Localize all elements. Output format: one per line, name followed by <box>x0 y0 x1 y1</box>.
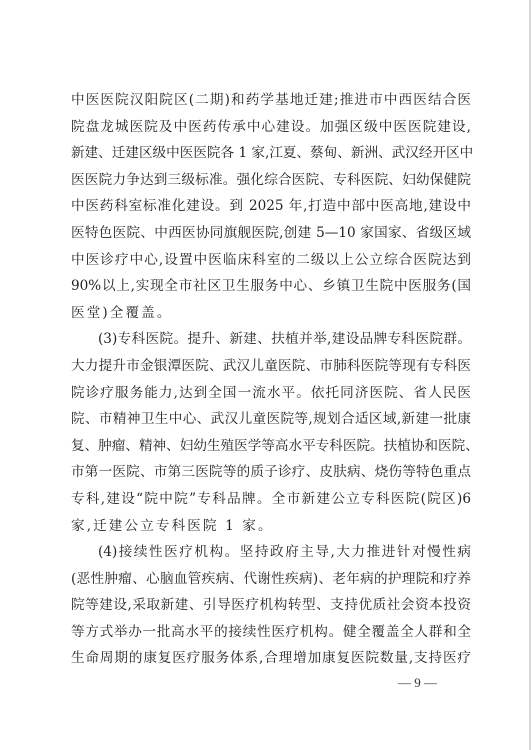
paragraph-specialty-hospitals: (3)专科医院。提升、新建、扶植并举,建设品牌专科医院群。 大力提升市金银潭医院… <box>71 326 471 539</box>
text-line: 生命周期的康复医疗服务体系,合理增加康复医院数量,支持医疗 <box>71 645 471 672</box>
text-line: 家,迁建公立专科医院 1 家。 <box>71 513 471 540</box>
text-line: 院、市精神卫生中心、武汉儿童医院等,规划合适区域,新建一批康 <box>71 406 471 433</box>
text-line: 中医药科室标准化建设。到 2025 年,打造中部中医高地,建设中 <box>71 193 471 220</box>
text-line: 专科,建设“院中院”专科品牌。全市新建公立专科医院(院区)6 <box>71 486 471 513</box>
section-heading-line: (3)专科医院。提升、新建、扶植并举,建设品牌专科医院群。 <box>71 326 471 353</box>
text-line: 医特色医院、中西医协同旗舰医院,创建 5—10 家国家、省级区域 <box>71 220 471 247</box>
text-line: 中医医院汉阳院区(二期)和药学基地迁建;推进市中西医结合医 <box>71 87 471 114</box>
text-line: 复、肿瘤、精神、妇幼生殖医学等高水平专科医院。扶植协和医院、 <box>71 433 471 460</box>
document-page-body: 中医医院汉阳院区(二期)和药学基地迁建;推进市中西医结合医 院盘龙城医院及中医药… <box>71 87 471 672</box>
text-line: 院诊疗服务能力,达到全国一流水平。依托同济医院、省人民医 <box>71 380 471 407</box>
text-line: (恶性肿瘤、心脑血管疾病、代谢性疾病)、老年病的护理院和疗养 <box>71 566 471 593</box>
paragraph-continuing-care: (4)接续性医疗机构。坚持政府主导,大力推进针对慢性病 (恶性肿瘤、心脑血管疾病… <box>71 539 471 672</box>
text-line: 医医院力争达到三级标准。强化综合医院、专科医院、妇幼保健院 <box>71 167 471 194</box>
text-line: 90%以上,实现全市社区卫生服务中心、乡镇卫生院中医服务(国 <box>71 273 471 300</box>
text-line: 院等建设,采取新建、引导医疗机构转型、支持优质社会资本投资 <box>71 592 471 619</box>
page-number: — 9 — <box>398 675 437 691</box>
text-line: 医堂)全覆盖。 <box>71 300 471 327</box>
section-heading-line: (4)接续性医疗机构。坚持政府主导,大力推进针对慢性病 <box>71 539 471 566</box>
text-line: 大力提升市金银潭医院、武汉儿童医院、市肺科医院等现有专科医 <box>71 353 471 380</box>
text-line: 中医诊疗中心,设置中医临床科室的二级以上公立综合医院达到 <box>71 247 471 274</box>
text-line: 等方式举办一批高水平的接续性医疗机构。健全覆盖全人群和全 <box>71 619 471 646</box>
text-line: 新建、迁建区级中医医院各 1 家,江夏、蔡甸、新洲、武汉经开区中 <box>71 140 471 167</box>
paragraph-continued: 中医医院汉阳院区(二期)和药学基地迁建;推进市中西医结合医 院盘龙城医院及中医药… <box>71 87 471 326</box>
text-line: 院盘龙城医院及中医药传承中心建设。加强区级中医医院建设, <box>71 114 471 141</box>
text-line: 市第一医院、市第三医院等的质子诊疗、皮肤病、烧伤等特色重点 <box>71 459 471 486</box>
